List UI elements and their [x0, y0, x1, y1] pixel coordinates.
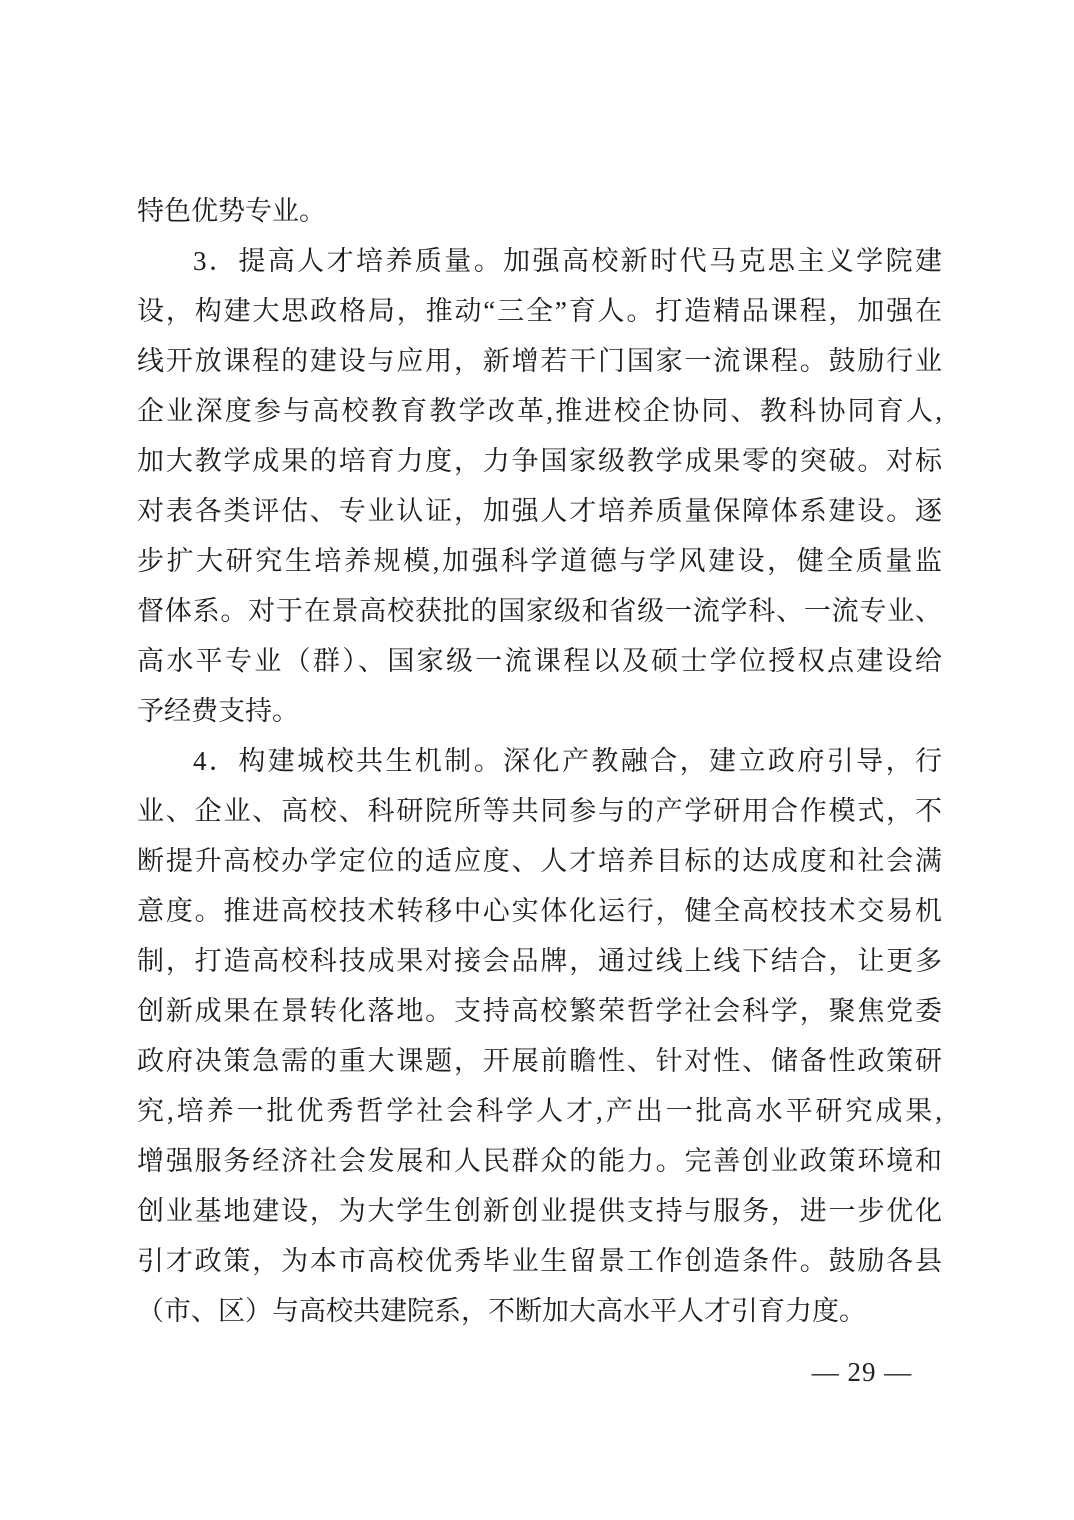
text-line: 步扩大研究生培养规模,加强科学道德与学风建设，健全质量监 — [137, 536, 942, 586]
text-line: 高水平专业（群）、国家级一流课程以及硕士学位授权点建设给 — [137, 636, 942, 686]
document-body: 特色优势专业。3．提高人才培养质量。加强高校新时代马克思主义学院建设，构建大思政… — [137, 186, 942, 1336]
text-line: 引才政策，为本市高校优秀毕业生留景工作创造条件。鼓励各县 — [137, 1236, 942, 1286]
page-number: — 29 — — [800, 1356, 924, 1388]
text-line: 督体系。对于在景高校获批的国家级和省级一流学科、一流专业、 — [137, 586, 942, 636]
text-line: 3．提高人才培养质量。加强高校新时代马克思主义学院建 — [137, 236, 942, 286]
document-page: 特色优势专业。3．提高人才培养质量。加强高校新时代马克思主义学院建设，构建大思政… — [0, 0, 1074, 1520]
text-line: 加大教学成果的培育力度，力争国家级教学成果零的突破。对标 — [137, 436, 942, 486]
text-line: 4．构建城校共生机制。深化产教融合，建立政府引导，行 — [137, 736, 942, 786]
text-line: 政府决策急需的重大课题，开展前瞻性、针对性、储备性政策研 — [137, 1036, 942, 1086]
text-line: 究,培养一批优秀哲学社会科学人才,产出一批高水平研究成果, — [137, 1086, 942, 1136]
text-line: 增强服务经济社会发展和人民群众的能力。完善创业政策环境和 — [137, 1136, 942, 1186]
text-line: 对表各类评估、专业认证，加强人才培养质量保障体系建设。逐 — [137, 486, 942, 536]
text-line: 意度。推进高校技术转移中心实体化运行，健全高校技术交易机 — [137, 886, 942, 936]
text-line: （市、区）与高校共建院系，不断加大高水平人才引育力度。 — [137, 1286, 942, 1336]
text-line: 业、企业、高校、科研院所等共同参与的产学研用合作模式，不 — [137, 786, 942, 836]
text-line: 设，构建大思政格局，推动“三全”育人。打造精品课程，加强在 — [137, 286, 942, 336]
text-line: 企业深度参与高校教育教学改革,推进校企协同、教科协同育人, — [137, 386, 942, 436]
text-line: 特色优势专业。 — [137, 186, 942, 236]
text-line: 创业基地建设，为大学生创新创业提供支持与服务，进一步优化 — [137, 1186, 942, 1236]
text-line: 创新成果在景转化落地。支持高校繁荣哲学社会科学，聚焦党委 — [137, 986, 942, 1036]
text-line: 断提升高校办学定位的适应度、人才培养目标的达成度和社会满 — [137, 836, 942, 886]
text-line: 制，打造高校科技成果对接会品牌，通过线上线下结合，让更多 — [137, 936, 942, 986]
text-line: 予经费支持。 — [137, 686, 942, 736]
text-line: 线开放课程的建设与应用，新增若干门国家一流课程。鼓励行业 — [137, 336, 942, 386]
